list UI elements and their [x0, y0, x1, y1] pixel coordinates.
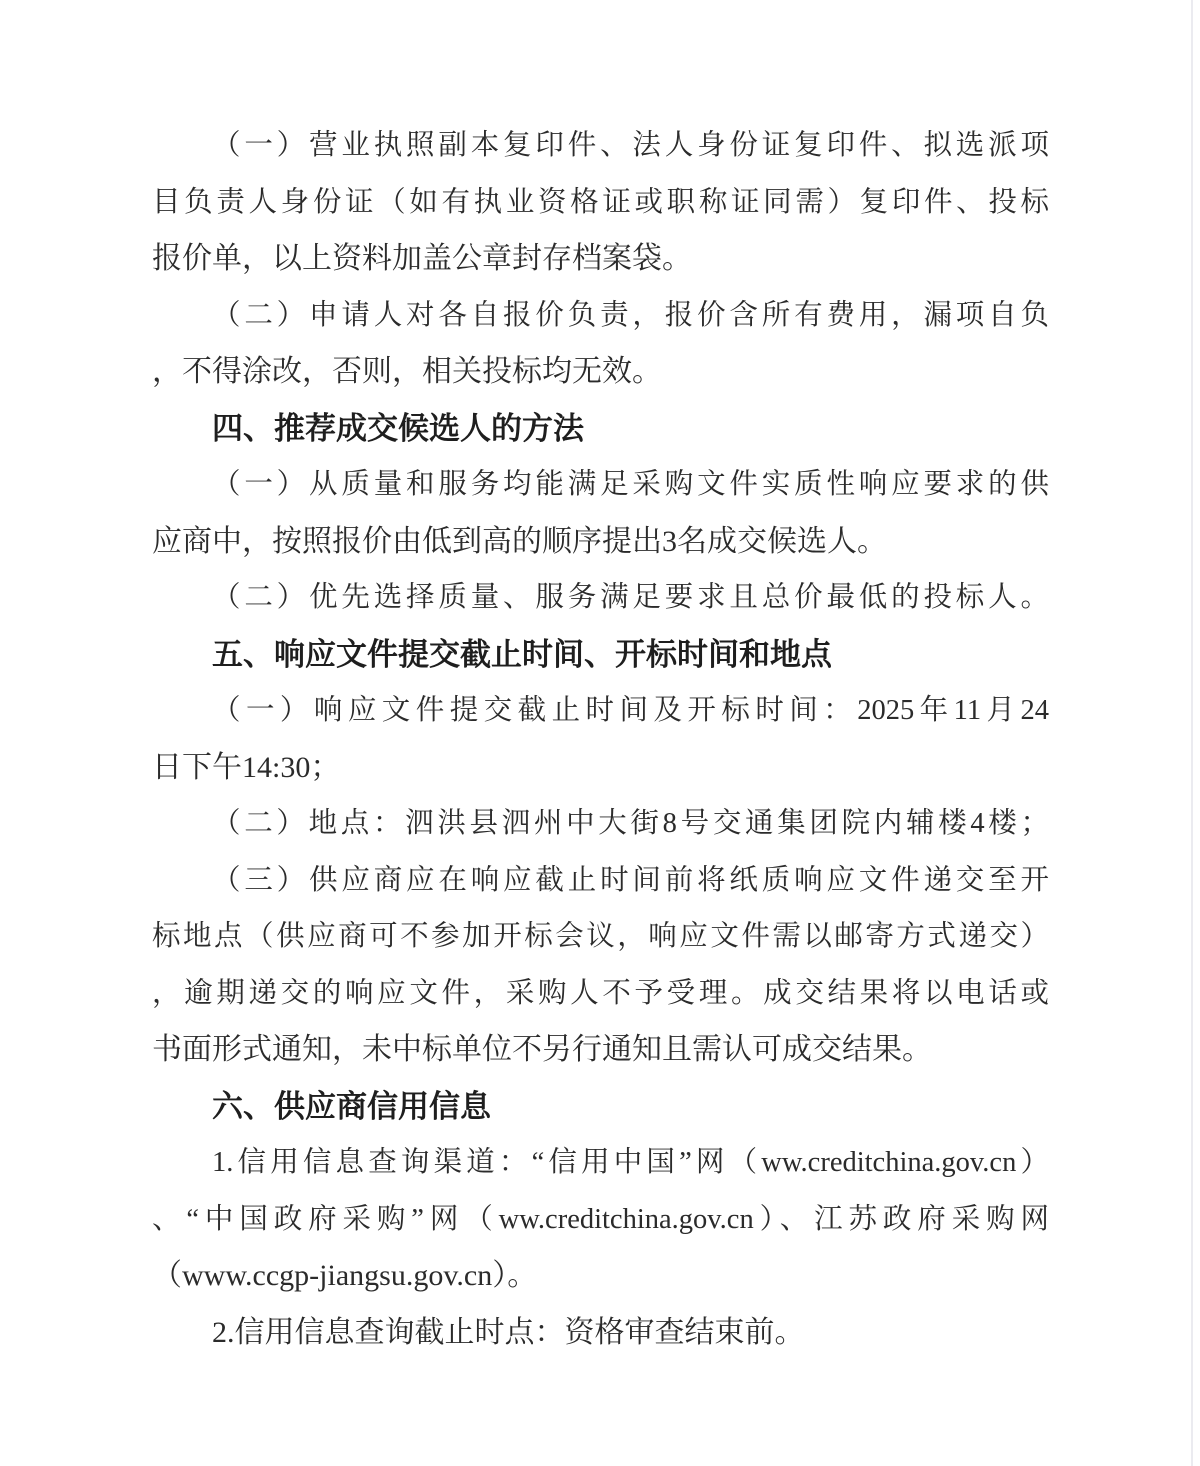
- text-line: 书面形式通知，未中标单位不另行通知且需认可成交结果。: [152, 1022, 1049, 1079]
- page-right-edge-divider: [1191, 0, 1193, 1466]
- text-line: （三）供应商应在响应截止时间前将纸质响应文件递交至开: [152, 853, 1049, 910]
- text-line: 标地点（供应商可不参加开标会议，响应文件需以邮寄方式递交）: [152, 909, 1049, 966]
- section-heading: 六、供应商信用信息: [152, 1079, 1049, 1136]
- section-heading: 四、推荐成交候选人的方法: [152, 401, 1049, 458]
- text-line: 日下午14:30；: [152, 740, 1049, 797]
- text-line: 、“中国政府采购”网（ww.creditchina.gov.cn）、江苏政府采购…: [152, 1192, 1049, 1249]
- text-line: 应商中，按照报价由低到高的顺序提出3名成交候选人。: [152, 514, 1049, 571]
- text-line: （二）地点：泗洪县泗州中大街8号交通集团院内辅楼4楼；: [152, 796, 1049, 853]
- text-line: （一）从质量和服务均能满足采购文件实质性响应要求的供: [152, 457, 1049, 514]
- text-line: 1.信用信息查询渠道：“信用中国”网（ww.creditchina.gov.cn…: [152, 1135, 1049, 1192]
- document-body: （一）营业执照副本复印件、法人身份证复印件、拟选派项目负责人身份证（如有执业资格…: [152, 118, 1049, 1361]
- text-line: ，不得涂改，否则，相关投标均无效。: [152, 344, 1049, 401]
- text-line: （二）申请人对各自报价负责，报价含所有费用，漏项自负: [152, 288, 1049, 345]
- text-line: （www.ccgp-jiangsu.gov.cn）。: [152, 1248, 1049, 1305]
- document-page: （一）营业执照副本复印件、法人身份证复印件、拟选派项目负责人身份证（如有执业资格…: [0, 0, 1200, 1466]
- text-line: 2.信用信息查询截止时点：资格审查结束前。: [152, 1305, 1049, 1362]
- text-line: ，逾期递交的响应文件，采购人不予受理。成交结果将以电话或: [152, 966, 1049, 1023]
- text-line: （一）响应文件提交截止时间及开标时间：2025年11月24: [152, 683, 1049, 740]
- text-line: 报价单，以上资料加盖公章封存档案袋。: [152, 231, 1049, 288]
- section-heading: 五、响应文件提交截止时间、开标时间和地点: [152, 627, 1049, 684]
- text-line: （一）营业执照副本复印件、法人身份证复印件、拟选派项: [152, 118, 1049, 175]
- text-line: （二）优先选择质量、服务满足要求且总价最低的投标人。: [152, 570, 1049, 627]
- text-line: 目负责人身份证（如有执业资格证或职称证同需）复印件、投标: [152, 175, 1049, 232]
